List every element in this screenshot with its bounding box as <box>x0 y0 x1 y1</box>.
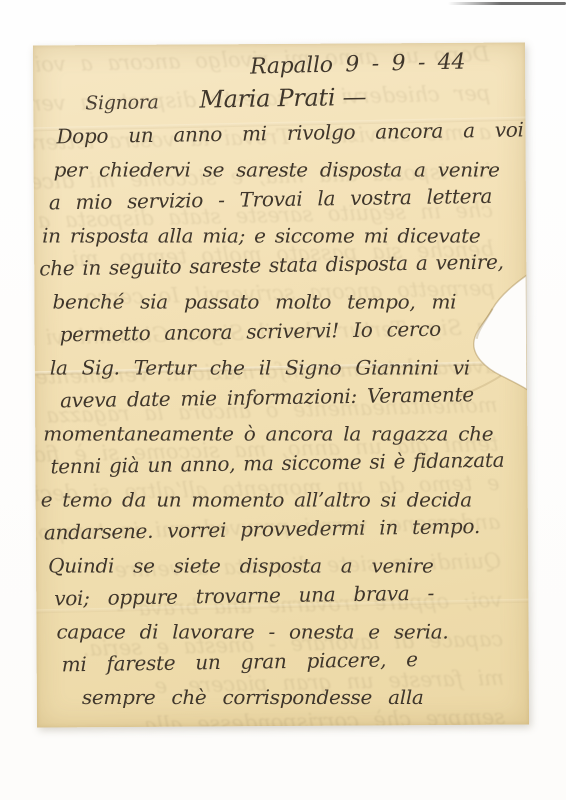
letter-line: voi; oppure trovarne una brava - <box>54 575 528 615</box>
letter-salutation: Signora Maria Prati — <box>85 77 526 118</box>
letter-line: Dopo un anno mi rivolgo ancora a voi <box>56 113 525 153</box>
letter-line: sempre chè corrispondesse alla <box>82 681 529 714</box>
letter-line: che in seguito sareste stata disposta a … <box>39 245 526 285</box>
letter-body: Dopo un anno mi rivolgo ancora a voiper … <box>33 118 529 715</box>
letter-paper: Dopo un anno mi rivolgo ancora a voiper … <box>33 43 529 728</box>
letter-line: andarsene. vorrei provvedermi in tempo. <box>44 509 528 549</box>
scanner-edge-artifact <box>448 2 566 5</box>
letter-line: tenni già un anno, ma siccome si è fidan… <box>50 443 527 483</box>
handwriting-layer: Rapallo 9 - 9 - 44 Signora Maria Prati —… <box>33 51 529 715</box>
letter-line: a mio servizio - Trovai la vostra letter… <box>49 179 526 219</box>
letter-line: mi fareste un gran piacere, e <box>61 641 528 681</box>
paper-tear <box>456 272 527 407</box>
salutation-prefix: Signora <box>85 91 159 114</box>
letter-dateline: Rapallo 9 - 9 - 44 <box>250 48 526 79</box>
salutation-name: Maria Prati — <box>199 83 366 114</box>
scanned-letter-page: Dopo un anno mi rivolgo ancora a voiper … <box>0 0 566 800</box>
